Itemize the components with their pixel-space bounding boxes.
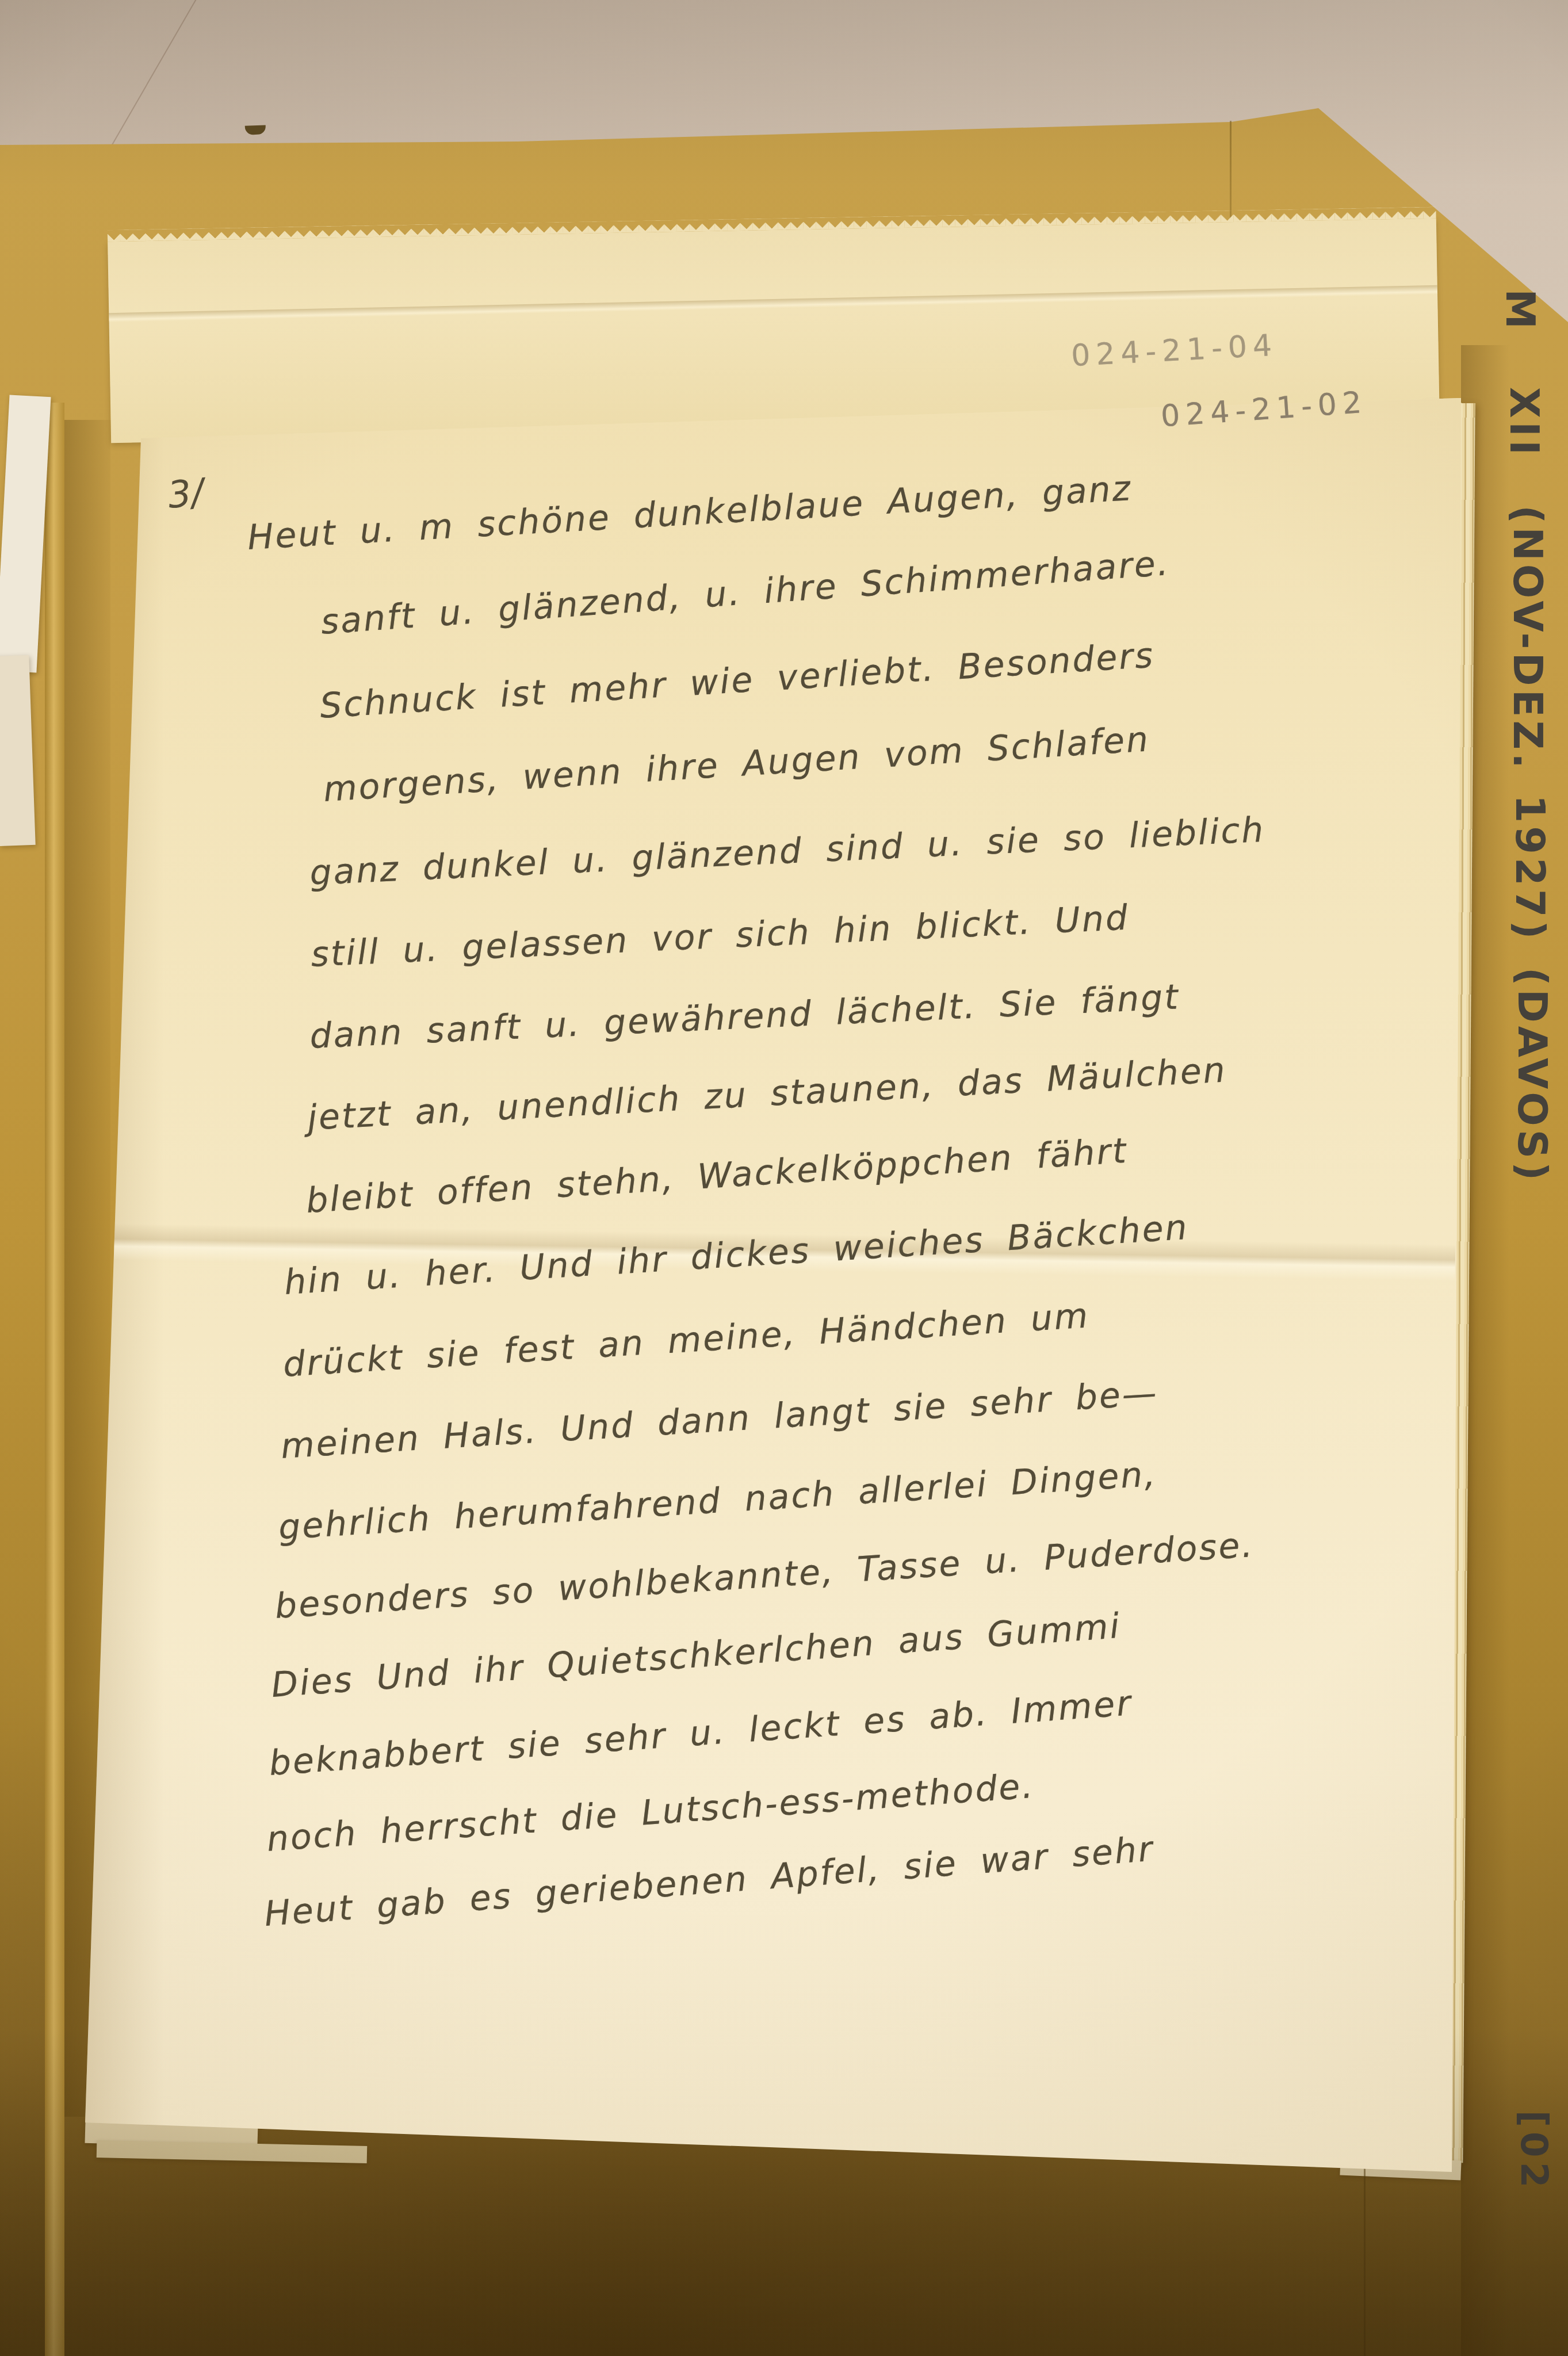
folder-spine-label: M XII (NOV-DEZ. 1927) (DAVOS) bbox=[1477, 270, 1563, 1196]
folder-spine-fold bbox=[45, 403, 64, 2356]
folder-crease bbox=[1364, 2160, 1366, 2356]
folder-label-segment: 1927) bbox=[1456, 782, 1568, 955]
manuscript-page: 3/ Heut u. m schöne dunkelblaue Augen, g… bbox=[81, 368, 1473, 2197]
folder-label-segment: XII bbox=[1489, 351, 1560, 495]
folder-corner-marking: [02 bbox=[1493, 2088, 1568, 2215]
folder-edge-nick bbox=[245, 125, 266, 135]
folder-label-segment: M bbox=[1498, 270, 1542, 351]
folder-label-segment: (DAVOS) bbox=[1424, 955, 1568, 1196]
folder-label-segment: (NOV-DEZ. bbox=[1394, 495, 1568, 782]
photo-scene: 024-21-04 3/ Heut u. m schöne dunkelblau… bbox=[0, 0, 1568, 2356]
tabletop-seam bbox=[109, 0, 200, 149]
paper-shading bbox=[81, 368, 1473, 2197]
